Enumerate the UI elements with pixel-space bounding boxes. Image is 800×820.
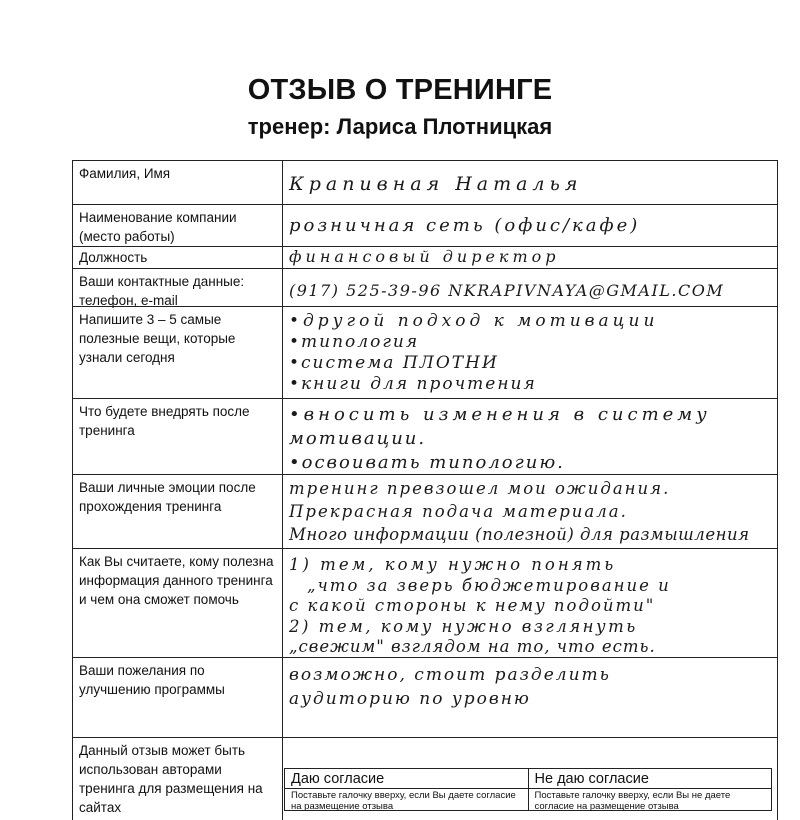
answer-line: Прекрасная подача материала. [289,500,769,523]
row-company: Наименование компании (место работы) роз… [73,205,777,247]
label-consent: Данный отзыв может быть использован авто… [73,738,283,820]
answer-line: тренинг превзошел мои ожидания. [289,477,769,500]
label-name: Фамилия, Имя [73,161,283,204]
answer-implement[interactable]: •вносить изменения в систему мотивации. … [283,399,777,474]
form-title: ОТЗЫВ О ТРЕНИНГЕ [0,74,800,107]
answer-line: с какой стороны к нему подойти" [289,596,769,617]
feedback-table: Фамилия, Имя Крапивная Наталья Наименова… [72,160,778,820]
label-useful: Напишите 3 – 5 самые полезные вещи, кото… [73,307,283,398]
row-name: Фамилия, Имя Крапивная Наталья [73,161,777,205]
answer-emotions[interactable]: тренинг превзошел мои ожидания. Прекрасн… [283,475,777,548]
answer-line: „свежим" взглядом на то, что есть. [289,637,769,657]
label-suggestions: Ваши пожелания по улучшению программы [73,658,283,737]
answer-useful[interactable]: •другой подход к мотивации •типология •с… [283,307,777,398]
answer-line: аудиторию по уровню [289,687,769,711]
row-contacts: Ваши контактные данные: телефон, e-mail … [73,269,777,307]
answer-useful-for[interactable]: 1) тем, кому нужно понять „что за зверь … [283,549,777,657]
consent-agree[interactable]: Даю согласие Поставьте галочку вверху, е… [285,769,528,810]
answer-line: возможно, стоит разделить [289,663,769,687]
consent-box: Даю согласие Поставьте галочку вверху, е… [284,768,772,811]
answer-line: финансовый директор [289,247,769,267]
answer-line: (917) 525-39-96 NKRAPIVNAYA@GMAIL.COM [289,281,769,300]
row-suggestions: Ваши пожелания по улучшению программы во… [73,658,777,738]
consent-agree-note: Поставьте галочку вверху, если Вы даете … [285,789,528,813]
answer-line: розничная сеть (офис/кафе) [289,215,769,236]
answer-line: •система ПЛОТНИ [289,353,769,374]
consent-disagree-note: Поставьте галочку вверху, если Вы не дае… [529,789,772,813]
answer-contacts[interactable]: (917) 525-39-96 NKRAPIVNAYA@GMAIL.COM [283,269,777,306]
label-contacts: Ваши контактные данные: телефон, e-mail [73,269,283,306]
answer-line: •типология [289,332,769,353]
row-implement: Что будете внедрять после тренинга •внос… [73,399,777,475]
answer-line: 2) тем, кому нужно взглянуть [289,617,769,638]
answer-name[interactable]: Крапивная Наталья [283,161,777,204]
label-useful-for: Как Вы считаете, кому полезна информация… [73,549,283,657]
label-company: Наименование компании (место работы) [73,205,283,246]
label-implement: Что будете внедрять после тренинга [73,399,283,474]
label-position: Должность [73,247,283,268]
answer-suggestions[interactable]: возможно, стоит разделить аудиторию по у… [283,658,777,737]
trainer-subtitle: тренер: Лариса Плотницкая [0,114,800,140]
row-useful: Напишите 3 – 5 самые полезные вещи, кото… [73,307,777,399]
answer-line: Много информации (полезной) для размышле… [289,523,769,546]
answer-line: Крапивная Наталья [289,173,769,195]
consent-disagree-label: Не даю согласие [529,769,772,789]
answer-line: •другой подход к мотивации [289,311,769,332]
answer-line: •книги для прочтения [289,374,769,395]
consent-disagree[interactable]: Не даю согласие Поставьте галочку вверху… [528,769,772,810]
answer-line: 1) тем, кому нужно понять [289,555,769,576]
answer-position[interactable]: финансовый директор [283,247,777,268]
answer-line: „что за зверь бюджетирование и [289,576,769,597]
answer-company[interactable]: розничная сеть (офис/кафе) [283,205,777,246]
answer-line: мотивации. [289,427,769,451]
answer-line: •вносить изменения в систему [289,403,769,427]
label-emotions: Ваши личные эмоции после прохождения тре… [73,475,283,548]
row-position: Должность финансовый директор [73,247,777,269]
answer-line: •освоивать типологию. [289,451,769,474]
consent-agree-label: Даю согласие [285,769,528,789]
row-useful-for: Как Вы считаете, кому полезна информация… [73,549,777,658]
row-emotions: Ваши личные эмоции после прохождения тре… [73,475,777,549]
